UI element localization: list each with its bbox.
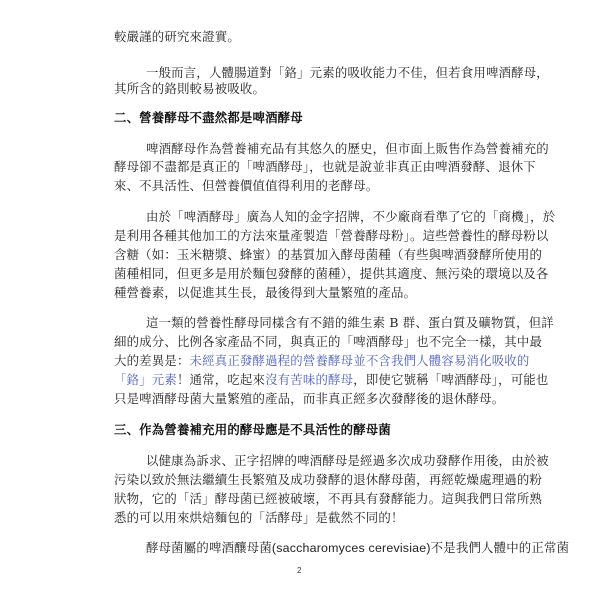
document-page: 較嚴謹的研究來證實。 一般而言，人體腸道對「鉻」元素的吸收能力不佳，但若食用啤酒… — [0, 0, 600, 600]
paragraph-line: 大的差異是：未經真正發酵過程的營養酵母並不含我們人體容易消化吸收的 — [114, 351, 530, 370]
text-run: 不是我們人體中的正常菌 — [431, 540, 570, 555]
paragraph-line: 以健康為訴求、正字招牌的啤酒酵母是經過多次成功發酵作用後，由於被 — [146, 451, 549, 470]
paragraph-line: 酵母卻不盡都是真正的「啤酒酵母」，也就是說並非真正由啤酒發酵、退休下 — [114, 157, 536, 176]
text-run: ！通常，吃起來 — [177, 372, 265, 387]
paragraph-line: 細的成分、比例各家產品不同，與真正的「啤酒酵母」也不完全一樣，其中最 — [114, 332, 542, 351]
latin-text: (saccharomyces cerevisiae) — [272, 541, 431, 555]
paragraph-line: 較嚴謹的研究來證實。 — [114, 27, 240, 46]
paragraph-line: 由於「啤酒酵母」廣為人知的金字招牌，不少廠商看準了它的「商機」，於 — [146, 207, 555, 226]
paragraph-line: 「鉻」元素！通常，吃起來沒有苦味的酵母，即使它號稱「啤酒酵母」，可能也 — [114, 370, 548, 389]
paragraph-line: 種營養素，以促進其生長，最後得到大量繁殖的產品。 — [114, 283, 416, 302]
text-run: 大的差異是： — [114, 353, 190, 368]
paragraph-line: 啤酒酵母作為營養補充品有其悠久的歷史，但市面上販售作為營養補充的 — [146, 139, 549, 158]
text-run: ，即使它號稱「啤酒酵母」，可能也 — [353, 372, 548, 387]
highlighted-text: 沒有苦味的酵母 — [265, 372, 353, 387]
paragraph-line: 來、不具活性、但營養價值值得利用的老酵母。 — [114, 176, 378, 195]
text-run: 酵母菌屬的啤酒釀母菌 — [146, 540, 272, 555]
paragraph-line: 其所含的鉻則較易被吸收。 — [114, 79, 265, 98]
paragraph-line: 菌種相同，但更多是用於麵包發酵的菌種），提供其適度、無污染的環境以及各 — [114, 264, 548, 283]
section-heading-3: 三、作為營養補充用的酵母應是不具活性的酵母菌 — [114, 420, 391, 439]
page-number: 2 — [297, 566, 301, 575]
paragraph-line: 只是啤酒酵母菌大量繁殖的產品，而非真正經多次發酵後的退休酵母。 — [114, 389, 504, 408]
paragraph-line: 悉的可以用來烘焙麵包的「活酵母」是截然不同的！ — [114, 508, 404, 527]
section-heading-2: 二、營養酵母不盡然都是啤酒酵母 — [114, 108, 303, 127]
paragraph-line: 污染以致於無法繼續生長繁殖及成功發酵的退休酵母菌，再經乾燥處理過的粉 — [114, 470, 542, 489]
paragraph-line: 酵母菌屬的啤酒釀母菌(saccharomyces cerevisiae)不是我們… — [146, 538, 569, 558]
highlighted-text: 未經真正發酵過程的營養酵母並不含我們人體容易消化吸收的 — [190, 353, 530, 368]
paragraph-line: 狀物，它的「活」酵母菌已經被破壞，不再具有發酵能力。這與我們日常所熟 — [114, 489, 542, 508]
highlighted-text: 「鉻」元素 — [114, 372, 177, 387]
paragraph-line: 是利用各種其他加工的方法來量產製造「營養酵母粉」。這些營養性的酵母粉以 — [114, 226, 548, 245]
paragraph-line: 含糖（如：玉米糖漿、蜂蜜）的基質加入酵母菌種（有些與啤酒發酵所使用的 — [114, 245, 542, 264]
paragraph-line: 這一類的營養性酵母同樣含有不錯的維生素 B 群、蛋白質及礦物質，但詳 — [146, 313, 554, 332]
